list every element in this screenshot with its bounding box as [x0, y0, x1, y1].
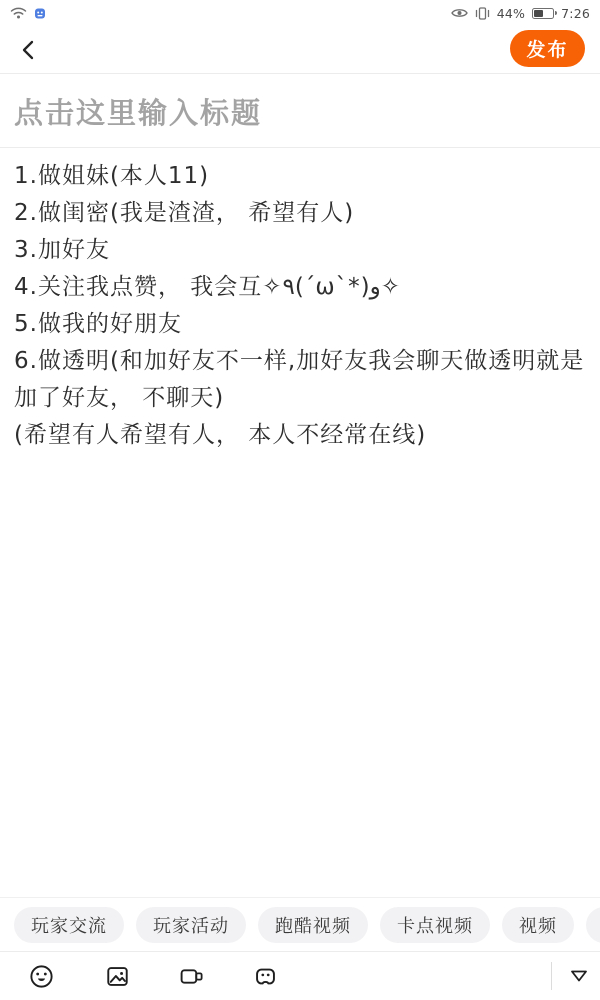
gamepad-icon [252, 963, 279, 990]
vibrate-icon [475, 7, 490, 20]
back-button[interactable] [14, 35, 44, 65]
insert-video-button[interactable] [176, 961, 206, 991]
tag-chip[interactable]: 视频 [502, 907, 574, 943]
collapse-keyboard-icon [566, 964, 592, 988]
body-line: 6.做透明(和加好友不一样,加好友我会聊天做透明就是加了好友， 不聊天) [14, 343, 586, 417]
collapse-keyboard-button[interactable] [564, 961, 594, 991]
tag-chip[interactable]: 跑酷视频 [258, 907, 368, 943]
wifi-icon [10, 6, 27, 20]
tag-chip[interactable]: 卡点视频 [380, 907, 490, 943]
post-body-editor[interactable]: 1.做姐妹(本人11) 2.做闺密(我是渣渣， 希望有人) 3.加好友 4.关注… [0, 148, 600, 897]
body-line: 4.关注我点赞， 我会互✧٩(´ω`*)و✧ [14, 269, 586, 306]
app-badge-icon [34, 7, 46, 20]
insert-game-button[interactable] [250, 961, 280, 991]
body-line: 2.做闺密(我是渣渣， 希望有人) [14, 195, 586, 232]
status-bar: 44% 7:26 [0, 0, 600, 26]
eye-protection-icon [451, 7, 468, 19]
clock-time: 7:26 [561, 6, 590, 21]
tag-suggestions-row: 玩家交流 玩家活动 跑酷视频 卡点视频 视频 樱校 [0, 897, 600, 952]
body-line: 5.做我的好朋友 [14, 306, 586, 343]
emoji-icon [28, 963, 55, 990]
battery-percent: 44% [497, 6, 525, 21]
body-line: 1.做姐妹(本人11) [14, 158, 586, 195]
chevron-left-icon [19, 39, 39, 61]
body-line: 3.加好友 [14, 232, 586, 269]
title-area: 点击这里输入标题 [0, 73, 600, 148]
editor-toolbar [0, 952, 600, 1000]
body-line: (希望有人希望有人， 本人不经常在线) [14, 417, 586, 454]
video-camera-icon [178, 963, 205, 990]
tag-chip[interactable]: 樱校 [586, 907, 600, 943]
image-icon [104, 963, 131, 990]
toolbar-divider [551, 962, 552, 990]
tag-chip[interactable]: 玩家活动 [136, 907, 246, 943]
header: 发布 [0, 26, 600, 74]
title-input[interactable]: 点击这里输入标题 [14, 91, 574, 132]
publish-button[interactable]: 发布 [510, 30, 585, 67]
tag-chip[interactable]: 玩家交流 [14, 907, 124, 943]
emoji-button[interactable] [26, 961, 56, 991]
insert-image-button[interactable] [102, 961, 132, 991]
battery-icon [532, 8, 554, 19]
